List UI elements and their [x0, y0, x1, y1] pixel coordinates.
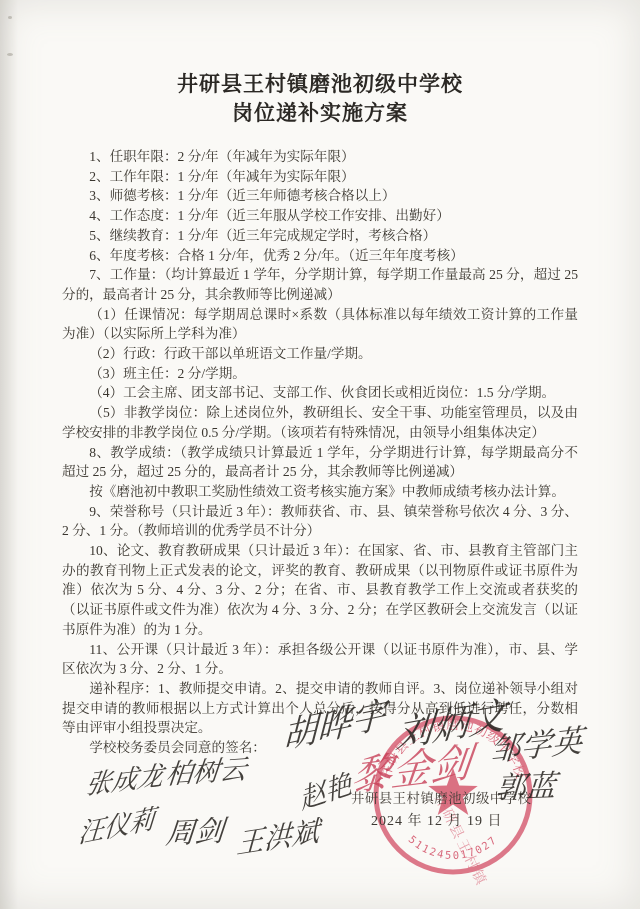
paragraph-item-6: 6、年度考核：合格 1 分/年，优秀 2 分/年。（近三年年度考核） [62, 246, 578, 266]
paragraph-sub-4: （4）工会主席、团支部书记、支部工作、伙食团长或相近岗位：1.5 分/学期。 [62, 383, 578, 403]
svg-text:511245017027: 511245017027 [406, 834, 500, 862]
paragraph-item-7: 7、工作量：（均计算最近 1 学年，分学期计算，每学期工作量最高 25 分，超过… [62, 265, 578, 304]
signature-handwritten: 张成龙 [84, 755, 167, 802]
seal-code: 511245017027 [406, 834, 500, 862]
signature-handwritten: 周剑 [164, 808, 226, 852]
paragraph-item-2: 2、工作年限：1 分/年（年减年为实际年限） [62, 167, 578, 187]
signature-handwritten: 王洪斌 [235, 809, 320, 863]
paragraph-item-8-note: 按《磨池初中教职工奖励性绩效工资考核实施方案》中教师成绩考核办法计算。 [62, 482, 578, 502]
paragraph-sub-3: （3）班主任：2 分/学期。 [62, 364, 578, 384]
paragraph-item-5: 5、继续教育：1 分/年（近三年完成规定学时，考核合格） [62, 226, 578, 246]
document-body: 1、任职年限：2 分/年（年减年为实际年限） 2、工作年限：1 分/年（年减年为… [62, 147, 578, 758]
document-title-line1: 井研县王村镇磨池初级中学校 [0, 70, 640, 99]
paragraph-item-3: 3、师德考核：1 分/年（近三年师德考核合格以上） [62, 186, 578, 206]
paragraph-procedure: 递补程序：1、教师提交申请。2、提交申请的教师自评。3、岗位递补领导小组对提交申… [62, 679, 578, 738]
printed-school-name: 井研县王村镇磨池初级中学校 [351, 788, 541, 807]
document-title-line2: 岗位递补实施方案 [0, 99, 640, 128]
signature-handwritten: 赵艳 [296, 762, 354, 817]
paragraph-item-10: 10、论文、教育教研成果（只计最近 3 年）：在国家、省、市、县教育主管部门主办… [62, 541, 578, 640]
paragraph-item-9: 9、荣誉称号（只计最近 3 年）：教师获省、市、县、镇荣誉称号依次 4 分、3 … [62, 502, 578, 541]
scan-smudge [8, 16, 12, 19]
scanned-document-page: 井研县王村镇磨池初级中学校 岗位递补实施方案 1、任职年限：2 分/年（年减年为… [0, 0, 640, 909]
star-icon [428, 768, 477, 815]
paragraph-sub-2: （2）行政：行政干部以单班语文工作量/学期。 [62, 344, 578, 364]
document-title: 井研县王村镇磨池初级中学校 岗位递补实施方案 [0, 70, 640, 128]
seal-ghost-impression: 井研县王村镇 [430, 790, 493, 890]
signature-handwritten: 郭蓝 [494, 761, 557, 807]
printed-date: 2024 年 12 月 19 日 [371, 810, 503, 830]
paragraph-item-11: 11、公开课（只计最近 3 年）：承担各级公开课（以证书原件为准），市、县、学区… [62, 640, 578, 679]
paragraph-item-8: 8、教学成绩：（教学成绩只计算最近 1 学年，分学期进行计算，每学期最高分不超过… [62, 443, 578, 482]
paragraph-item-1: 1、任职年限：2 分/年（年减年为实际年限） [62, 147, 578, 167]
scan-smudge [7, 53, 13, 56]
signature-handwritten: 汪仪莉 [77, 798, 157, 851]
paragraph-sub-1: （1）任课情况：每学期周总课时×系数（具体标准以每年绩效工资计算的工作量为准）（… [62, 305, 578, 344]
signature-caption: 学校校务委员会同意的签名： [62, 738, 578, 758]
paragraph-item-4: 4、工作态度：1 分/年（近三年服从学校工作安排、出勤好） [62, 206, 578, 226]
paragraph-sub-5: （5）非教学岗位：除上述岗位外，教研组长、安全干事、功能室管理员，以及由学校安排… [62, 403, 578, 442]
